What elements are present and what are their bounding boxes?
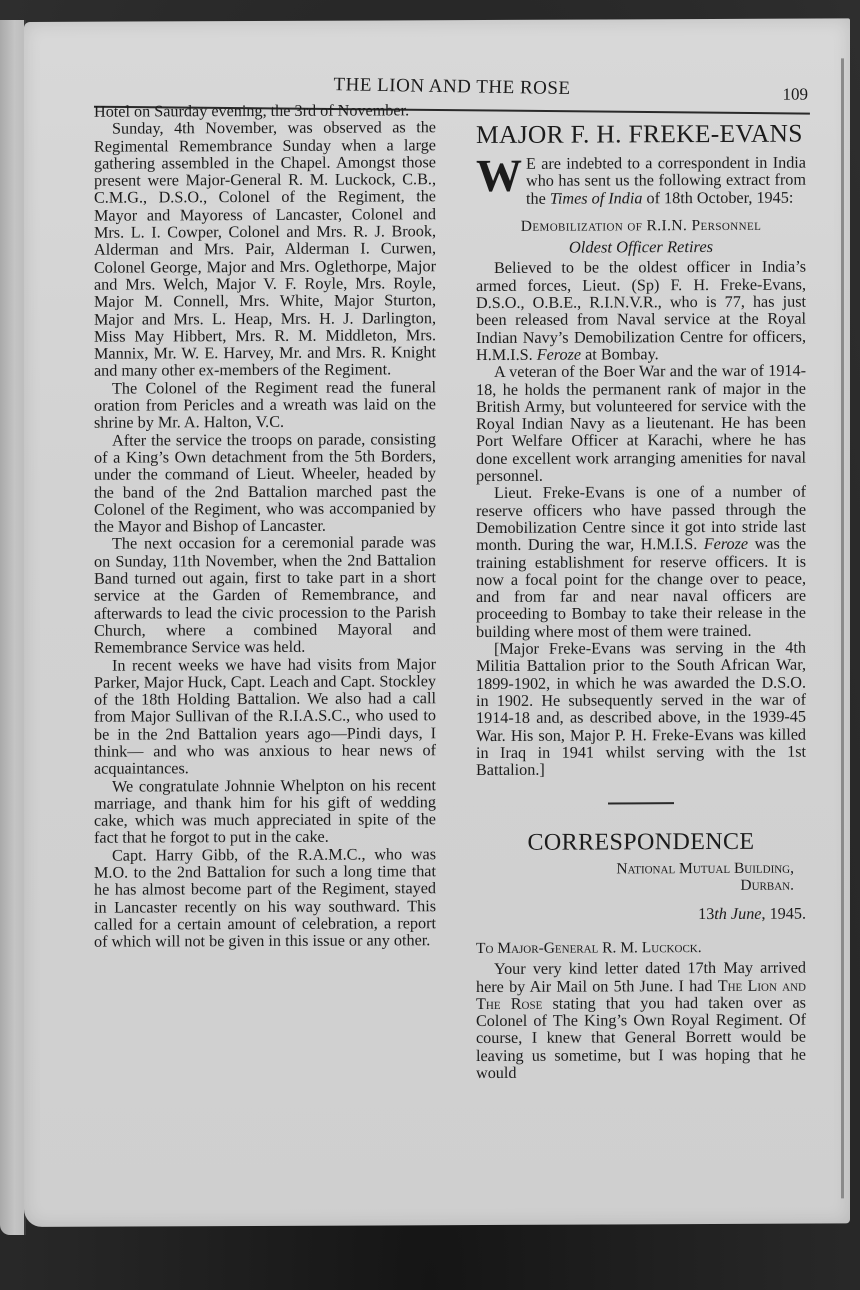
magazine-page: THE LION AND THE ROSE 109 Hotel on Saurd…: [24, 18, 850, 1227]
page-number: 109: [783, 85, 809, 105]
letter-body: Your very kind letter dated 17th May arr…: [476, 960, 806, 1083]
paragraph: Believed to be the oldest officer in Ind…: [476, 259, 806, 364]
extract-heading: Demobilization of R.I.N. Personnel: [476, 216, 806, 235]
left-column: Hotel on Saurday evening, the 3rd of Nov…: [94, 102, 436, 951]
paragraph: We congratulate Johnnie Whelpton on his …: [94, 777, 436, 848]
article-title: MAJOR F. H. FREKE-EVANS: [476, 119, 806, 150]
previous-page-edge: [0, 20, 26, 1235]
letter-date: 13th June, 1945.: [476, 905, 806, 924]
article-intro: WE are indebted to a correspondent in In…: [476, 155, 806, 208]
running-title: THE LION AND THE ROSE: [94, 70, 810, 104]
paragraph: After the service the troops on parade, …: [94, 431, 436, 536]
drop-cap: W: [476, 158, 522, 194]
correspondence-title: CORRESPONDENCE: [476, 834, 806, 853]
paragraph: In recent weeks we have had visits from …: [94, 656, 436, 779]
paragraph: Sunday, 4th November, was observed as th…: [94, 119, 436, 380]
letter-address: National Mutual Building, Durban.: [476, 859, 806, 894]
paragraph: The Colonel of the Regiment read the fun…: [94, 379, 436, 432]
paragraph: A veteran of the Boer War and the war of…: [476, 363, 806, 486]
publication-name: Times of India: [550, 189, 643, 207]
paragraph: The next occasion for a ceremonial parad…: [94, 535, 436, 658]
paragraph: [Major Freke-Evans was serving in the 4t…: [476, 640, 806, 780]
letter-salutation: To Major-General R. M. Luckock.: [476, 939, 806, 958]
extract-subheading: Oldest Officer Retires: [476, 238, 806, 257]
paragraph: Lieut. Freke-Evans is one of a number of…: [476, 484, 806, 641]
page-edge-line: [841, 58, 844, 1198]
right-column: MAJOR F. H. FREKE-EVANS WE are indebted …: [476, 115, 806, 1083]
section-divider: [608, 803, 674, 805]
paragraph: Capt. Harry Gibb, of the R.A.M.C., who w…: [94, 846, 436, 951]
